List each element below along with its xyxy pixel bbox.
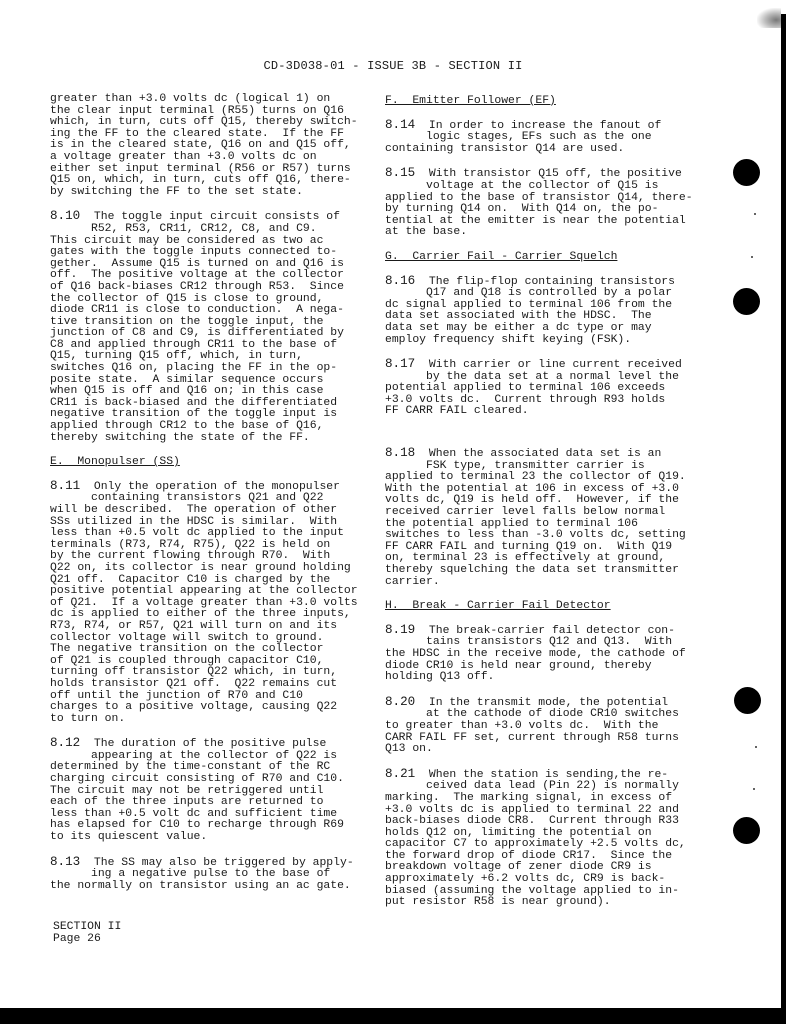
- scan-smudge: [757, 8, 781, 28]
- paragraph-text: The break-carrier fail detector con- tai…: [385, 625, 686, 683]
- paragraph-8-11: 8.11 Only the operation of the monopulse…: [50, 481, 380, 725]
- paragraph-text: When the associated data set is an FSK t…: [385, 448, 686, 588]
- paragraph-8-18: 8.18 When the associated data set is an …: [385, 448, 725, 588]
- paragraph-8-15: 8.15 With transistor Q15 off, the positi…: [385, 168, 725, 239]
- scan-speck: [754, 213, 756, 215]
- punch-hole-icon: [734, 687, 761, 714]
- paragraph-8-12: 8.12 The duration of the positive pulse …: [50, 738, 380, 843]
- paragraph-text: With transistor Q15 off, the positive vo…: [385, 168, 693, 238]
- paragraph-number: 8.11: [50, 479, 80, 493]
- paragraph-text: The duration of the positive pulse appea…: [50, 738, 344, 843]
- page-footer: SECTION II Page 26: [53, 921, 121, 945]
- paragraph-text: With carrier or line current received by…: [385, 359, 682, 417]
- scan-edge-right: [781, 14, 786, 1024]
- paragraph-number: 8.10: [50, 209, 80, 223]
- scan-speck: [751, 256, 753, 258]
- paragraph-text: In the transmit mode, the potential at t…: [385, 697, 679, 755]
- paragraph-number: 8.18: [385, 446, 415, 460]
- paragraph-8-13: 8.13 The SS may also be triggered by app…: [50, 857, 380, 893]
- paragraph-number: 8.16: [385, 274, 415, 288]
- paragraph-8-19: 8.19 The break-carrier fail detector con…: [385, 625, 725, 684]
- scan-edge-bottom: [0, 1008, 786, 1024]
- paragraph-number: 8.15: [385, 166, 415, 180]
- paragraph-8-21: 8.21 When the station is sending,the re-…: [385, 769, 725, 909]
- paragraph-text: Only the operation of the monopulser con…: [50, 481, 358, 725]
- section-heading-h: H. Break - Carrier Fail Detector: [385, 601, 725, 613]
- scan-speck: [755, 746, 757, 748]
- paragraph-number: 8.13: [50, 855, 80, 869]
- paragraph-number: 8.20: [385, 695, 415, 709]
- paragraph-8-17: 8.17 With carrier or line current receiv…: [385, 359, 725, 418]
- document-page: CD-3D038-01 - ISSUE 3B - SECTION II grea…: [0, 0, 781, 1008]
- paragraph-number: 8.17: [385, 357, 415, 371]
- scan-speck: [753, 788, 755, 790]
- paragraph-text: In order to increase the fanout of logic…: [385, 120, 661, 155]
- paragraph-text: The SS may also be triggered by apply- i…: [50, 857, 354, 892]
- paragraph-8-14: 8.14 In order to increase the fanout of …: [385, 120, 725, 156]
- punch-hole-icon: [733, 159, 760, 186]
- paragraph-text: The flip-flop containing transistors Q17…: [385, 276, 675, 346]
- paragraph-number: 8.21: [385, 767, 415, 781]
- section-heading-e: E. Monopulser (SS): [50, 457, 380, 469]
- section-heading-f: F. Emitter Follower (EF): [385, 96, 725, 108]
- paragraph-8-10: 8.10 The toggle input circuit consists o…: [50, 211, 380, 444]
- punch-hole-icon: [733, 288, 760, 315]
- right-column: F. Emitter Follower (EF) 8.14 In order t…: [385, 96, 725, 922]
- footer-page-number: Page 26: [53, 933, 101, 945]
- paragraph-8-16: 8.16 The flip-flop containing transistor…: [385, 276, 725, 347]
- paragraph-continuation: greater than +3.0 volts dc (logical 1) o…: [50, 94, 380, 198]
- paragraph-text: The toggle input circuit consists of R52…: [50, 211, 344, 443]
- paragraph-8-20: 8.20 In the transmit mode, the potential…: [385, 697, 725, 756]
- page-header: CD-3D038-01 - ISSUE 3B - SECTION II: [0, 59, 786, 73]
- paragraph-number: 8.12: [50, 736, 80, 750]
- left-column: greater than +3.0 volts dc (logical 1) o…: [50, 94, 380, 905]
- section-heading-g: G. Carrier Fail - Carrier Squelch: [385, 252, 725, 264]
- paragraph-text: When the station is sending,the re- ceiv…: [385, 769, 686, 909]
- footer-section: SECTION II: [53, 921, 121, 933]
- paragraph-number: 8.19: [385, 623, 415, 637]
- punch-hole-icon: [733, 817, 760, 844]
- paragraph-number: 8.14: [385, 118, 415, 132]
